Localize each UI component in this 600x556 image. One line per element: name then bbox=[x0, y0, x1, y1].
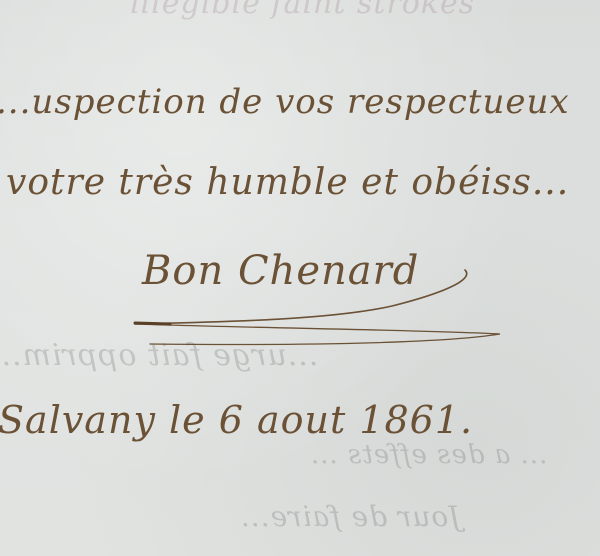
bleed-through-top: illegible faint strokes bbox=[130, 0, 475, 21]
bleed-through-bottom: Jour de faire... bbox=[240, 500, 460, 533]
letter-line-1: ...uspection de vos respectueux bbox=[0, 82, 570, 122]
letter-page: illegible faint strokes ...urge fait opp… bbox=[0, 0, 600, 556]
date-line: Salvany le 6 aout 1861. bbox=[0, 398, 473, 442]
letter-line-2: votre très humble et obéiss... bbox=[6, 162, 569, 203]
bleed-through-lower: ... a des effets ... bbox=[310, 440, 547, 470]
signature-flourish bbox=[130, 262, 510, 352]
